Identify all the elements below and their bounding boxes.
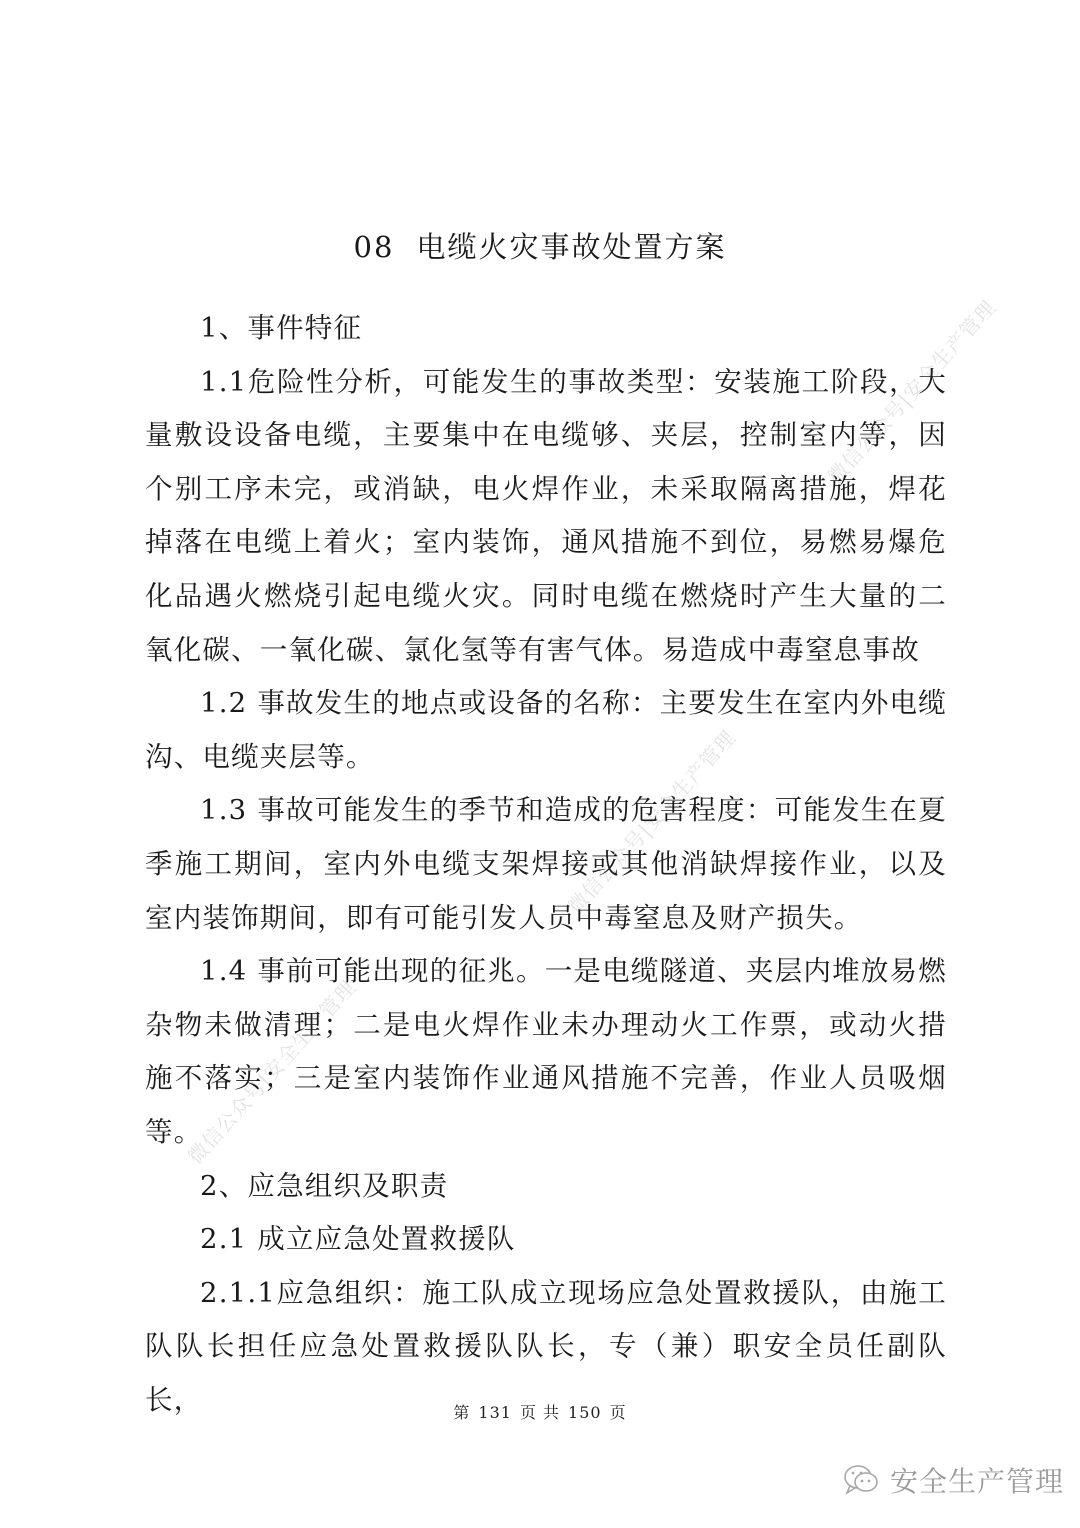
page-title: 08电缆火灾事故处置方案 (0, 224, 1080, 270)
page-label: 第 (453, 1403, 470, 1422)
wechat-icon (842, 1463, 882, 1497)
document-body: 1、事件特征 1.1危险性分析，可能发生的事故类型：安装施工阶段，大量敷设设备电… (145, 302, 947, 1427)
current-page: 131 (478, 1403, 512, 1422)
paragraph: 1.2 事故发生的地点或设备的名称：主要发生在室内外电缆沟、电缆夹层等。 (145, 677, 947, 784)
title-text: 电缆火灾事故处置方案 (416, 230, 726, 264)
brand-name: 安全生产管理 (890, 1460, 1064, 1500)
page-label: 页 (610, 1403, 627, 1422)
section-heading: 2、应急组织及职责 (145, 1160, 947, 1214)
paragraph: 1.3 事故可能发生的季节和造成的危害程度：可能发生在夏季施工期间，室内外电缆支… (145, 784, 947, 945)
paragraph: 2.1 成立应急处置救援队 (145, 1213, 947, 1267)
title-number: 08 (354, 230, 395, 264)
section-heading: 1、事件特征 (145, 302, 947, 356)
document-page: 微信公众号|安全生产管理 微信公众号|安全生产管理 微信公众号|安全生产管理 0… (0, 0, 1080, 1528)
paragraph: 1.1危险性分析，可能发生的事故类型：安装施工阶段，大量敷设设备电缆，主要集中在… (145, 356, 947, 678)
page-footer: 第131页 共150页 (0, 1400, 1080, 1423)
brand-watermark: 安全生产管理 (842, 1460, 1064, 1500)
page-label: 页 共 (520, 1403, 560, 1422)
total-pages: 150 (568, 1403, 602, 1422)
paragraph: 1.4 事前可能出现的征兆。一是电缆隧道、夹层内堆放易燃杂物未做清理；二是电火焊… (145, 945, 947, 1159)
